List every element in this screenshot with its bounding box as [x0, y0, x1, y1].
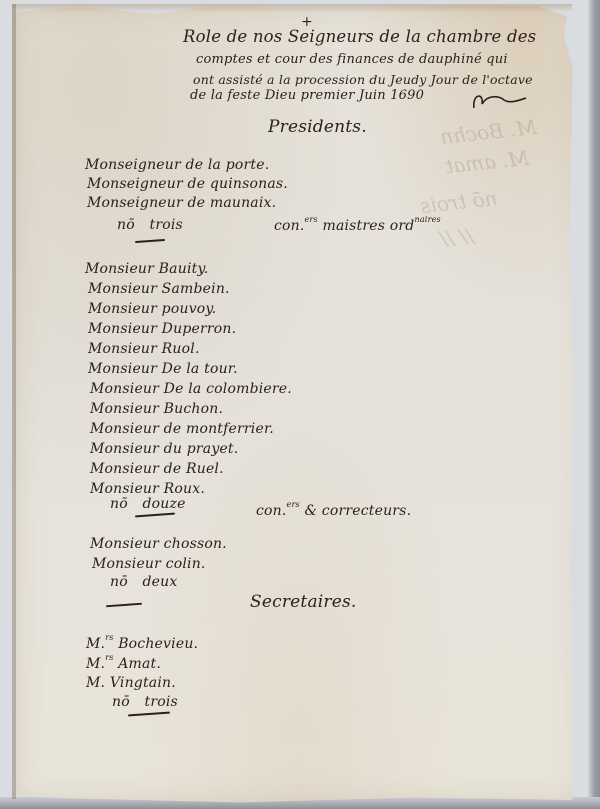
count-correcteurs: nō deux — [110, 574, 177, 590]
member-entry: Monsieur colin. — [92, 556, 206, 572]
backdrop-right — [586, 0, 600, 809]
paper-edge-shadow — [12, 4, 16, 799]
count-value: deux — [143, 574, 178, 590]
count-value: douze — [143, 496, 186, 512]
president-entry: Monseigneur de la porte. — [85, 157, 269, 173]
title-line-4: de la feste Dieu premier Juin 1690 — [190, 88, 424, 103]
member-entry: Monsieur Roux. — [90, 481, 205, 497]
section-heading-presidents: Presidents. — [268, 117, 367, 137]
paper-edge-stain — [12, 4, 572, 12]
count-conseillers: nō douze — [110, 496, 186, 512]
count-secretaires: nō trois — [112, 694, 178, 710]
member-entry: Monsieur De la colombiere. — [90, 381, 292, 397]
count-value: trois — [145, 694, 178, 710]
title-line-1: Role de nos Seigneurs de la chambre des — [183, 27, 536, 46]
member-entry: Monsieur Ruol. — [88, 341, 200, 357]
member-entry: Monsieur de Ruel. — [90, 461, 224, 477]
member-entry: Monsieur de montferrier. — [90, 421, 274, 437]
bleed-through-text: // // — [439, 223, 475, 250]
president-entry: Monseigneur de quinsonas. — [87, 176, 288, 192]
member-entry: Monsieur Buchon. — [90, 401, 223, 417]
count-label: nō — [110, 574, 128, 590]
count-value: trois — [150, 217, 183, 233]
member-entry: Monsieur pouvoy. — [88, 301, 216, 317]
president-entry: Monseigneur de maunaix. — [87, 195, 276, 211]
member-entry: Monsieur chosson. — [90, 536, 227, 552]
member-entry: Monsieur Bauity. — [85, 261, 208, 277]
title-flourish — [470, 88, 530, 114]
count-presidents: nō trois — [117, 217, 183, 233]
member-entry: Monsieur Sambein. — [88, 281, 230, 297]
section-heading-secretaires: Secretaires. — [250, 592, 357, 612]
secretary-entry: M. Vingtain. — [86, 675, 176, 691]
title-line-2: comptes et cour des finances de dauphiné… — [196, 52, 508, 67]
count-label: nō — [112, 694, 130, 710]
group-label-correcteurs: con.ers & correcteurs. — [256, 503, 411, 519]
count-label: nō — [117, 217, 135, 233]
member-entry: Monsieur du prayet. — [90, 441, 238, 457]
count-label: nō — [110, 496, 128, 512]
secretary-entry: M.rs Amat. — [86, 656, 161, 672]
title-line-3: ont assisté a la procession du Jeudy Jou… — [193, 72, 533, 87]
member-entry: Monsieur De la tour. — [88, 361, 238, 377]
member-entry: Monsieur Duperron. — [88, 321, 236, 337]
secretary-entry: M.rs Bochevieu. — [86, 636, 198, 652]
group-label-maistres: con.ers maistres ordnaires — [274, 218, 441, 234]
